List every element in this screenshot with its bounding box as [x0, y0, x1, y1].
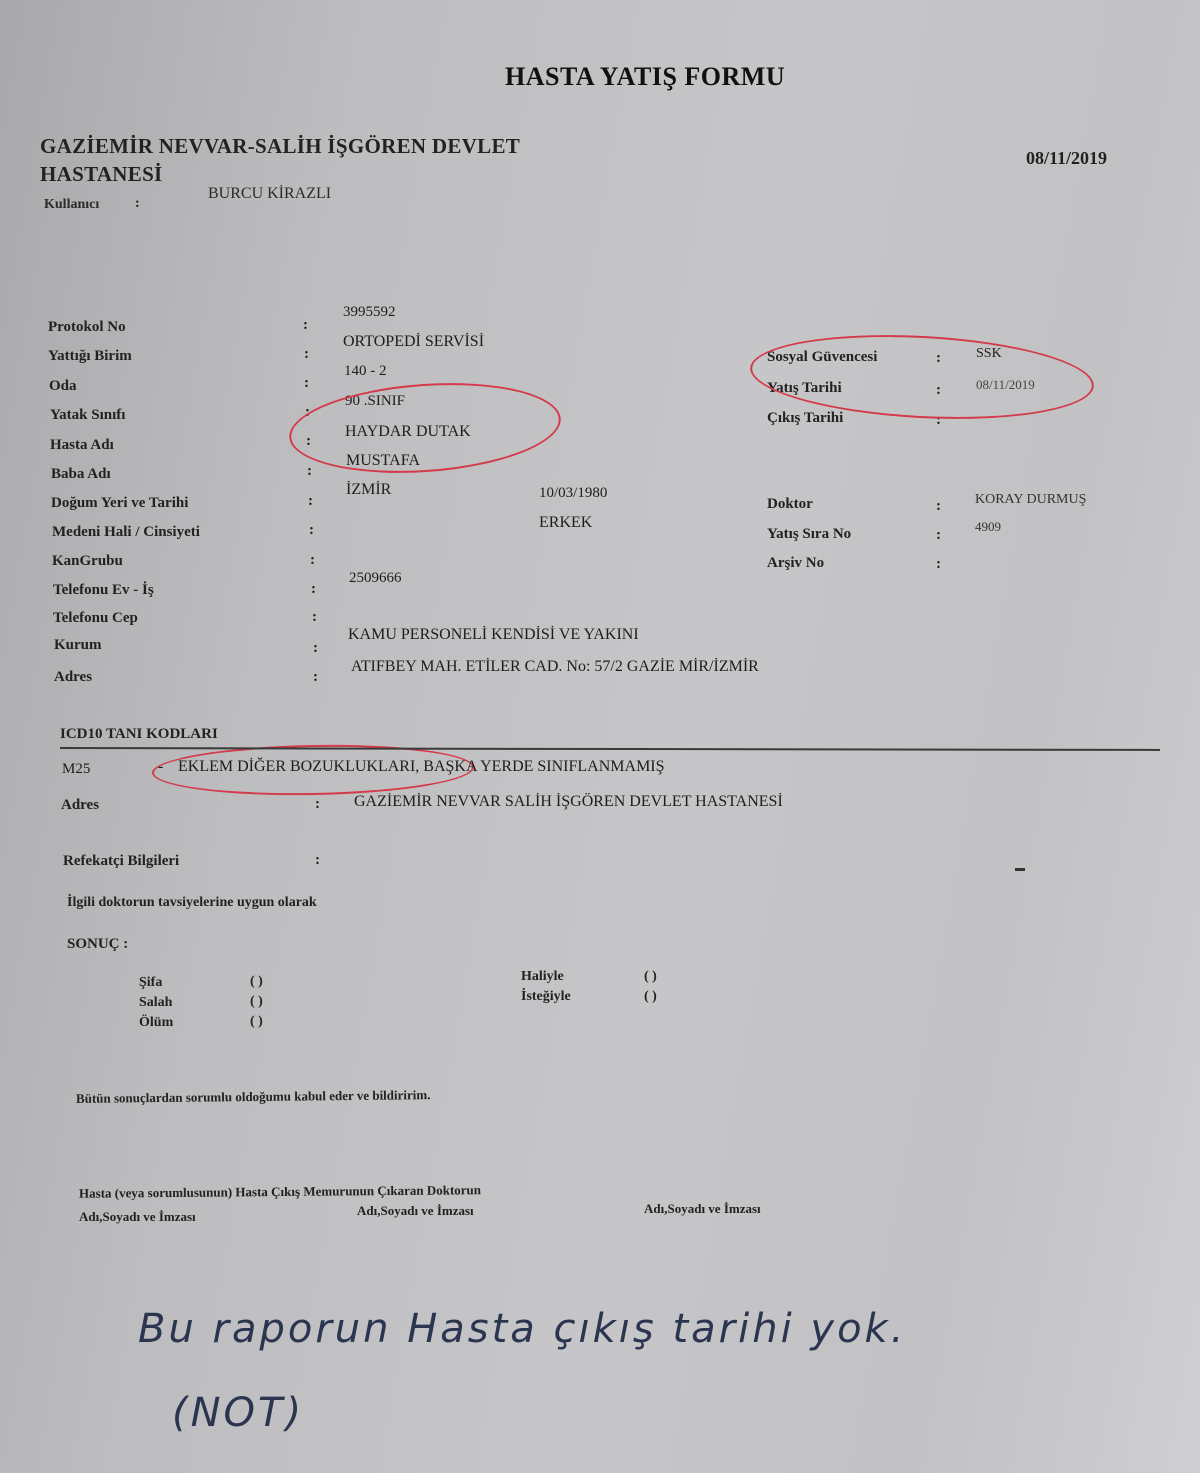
label-address: Adres [54, 669, 92, 686]
checkbox-by-request[interactable]: ( ) [644, 989, 657, 1005]
label-marital-gender: Medeni Hali / Cinsiyeti [52, 524, 200, 541]
value-phone-home-work: 2509666 [349, 570, 402, 587]
signature-header: Hasta (veya sorumlusunun) Hasta Çıkış Me… [79, 1182, 481, 1202]
label-institution: Kurum [54, 637, 102, 654]
advice-text: İlgili doktorun tavsiyelerine uygun olar… [67, 895, 317, 911]
colon: : [307, 463, 312, 480]
colon: : [936, 498, 941, 515]
colon: : [304, 375, 309, 392]
result-label: SONUÇ : [67, 936, 128, 953]
label-doctor: Doktor [767, 496, 813, 513]
label-unit: Yattığı Birim [48, 348, 132, 365]
user-label: Kullanıcı [44, 197, 99, 213]
value-address: ATIFBEY MAH. ETİLER CAD. No: 57/2 GAZİE … [351, 658, 759, 676]
colon: : [308, 493, 313, 510]
declaration-text: Bütün sonuçlardan sorumlu oldoğumu kabul… [76, 1087, 431, 1107]
colon: : [936, 556, 941, 573]
label-hospital-address: Adres [61, 797, 99, 814]
form-title: HASTA YATIŞ FORMU [505, 62, 785, 92]
value-birth-date: 10/03/1980 [539, 485, 607, 502]
result-option-improvement: Salah [139, 995, 172, 1011]
signature-clerk: Adı,Soyadı ve İmzası [357, 1203, 474, 1219]
checkbox-death[interactable]: ( ) [250, 1014, 263, 1030]
label-room: Oda [49, 378, 77, 395]
result-option-by-request: İsteğiyle [521, 989, 571, 1005]
value-admission-seq-no: 4909 [975, 519, 1001, 535]
colon: : [303, 317, 308, 334]
diagnosis-separator: - [158, 758, 163, 776]
value-room: 140 - 2 [344, 363, 387, 380]
result-option-recovery: Şifa [139, 975, 162, 991]
label-discharge-date: Çıkış Tarihi [767, 410, 843, 427]
handwritten-note-line1: Bu raporun Hasta çıkış tarihi yok. [138, 1306, 906, 1352]
annotation-ellipse-patient [286, 375, 563, 482]
user-colon: : [135, 196, 140, 212]
colon: : [936, 527, 941, 544]
colon: : [315, 796, 320, 813]
value-birth-place: İZMİR [346, 481, 391, 499]
signature-doctor: Adı,Soyadı ve İmzası [644, 1201, 761, 1217]
colon: : [309, 522, 314, 539]
label-phone-home-work: Telefonu Ev - İş [53, 582, 154, 599]
label-father-name: Baba Adı [51, 466, 111, 483]
user-value: BURCU KİRAZLI [208, 185, 331, 203]
colon: : [313, 640, 318, 657]
colon: : [313, 669, 318, 686]
hospital-name-line2: HASTANESİ [40, 160, 520, 188]
colon: : [304, 346, 309, 363]
label-phone-mobile: Telefonu Cep [53, 610, 138, 627]
label-companion-info: Refekatçi Bilgileri [63, 853, 179, 870]
checkbox-improvement[interactable]: ( ) [250, 994, 263, 1010]
stray-mark [1015, 868, 1025, 871]
result-option-death: Ölüm [139, 1015, 173, 1031]
label-protocol-no: Protokol No [48, 319, 126, 336]
diagnosis-section-title: ICD10 TANI KODLARI [60, 726, 218, 743]
label-admission-seq-no: Yatış Sıra No [767, 526, 851, 543]
signature-patient: Adı,Soyadı ve İmzası [79, 1209, 196, 1225]
colon: : [311, 581, 316, 598]
hospital-name-line1: GAZİEMİR NEVVAR-SALİH İŞGÖREN DEVLET [40, 132, 520, 160]
diagnosis-description: EKLEM DİĞER BOZUKLUKLARI, BAŞKA YERDE SI… [178, 758, 665, 776]
colon: : [312, 609, 317, 626]
value-gender: ERKEK [539, 514, 592, 532]
colon: : [315, 852, 320, 869]
print-date: 08/11/2019 [1026, 148, 1107, 169]
value-doctor: KORAY DURMUŞ [975, 492, 1086, 508]
result-option-as-is: Haliyle [521, 969, 564, 985]
colon: : [310, 552, 315, 569]
checkbox-as-is[interactable]: ( ) [644, 969, 657, 985]
handwritten-note-line2: (NOT) [172, 1390, 304, 1436]
label-birth-place-date: Doğum Yeri ve Tarihi [51, 495, 188, 512]
value-protocol-no: 3995592 [343, 304, 396, 321]
label-patient-name: Hasta Adı [50, 437, 114, 454]
hospital-name: GAZİEMİR NEVVAR-SALİH İŞGÖREN DEVLET HAS… [40, 132, 520, 188]
label-blood-group: KanGrubu [52, 553, 123, 570]
label-bed-class: Yatak Sınıfı [50, 407, 125, 424]
value-institution: KAMU PERSONELİ KENDİSİ VE YAKINI [348, 626, 639, 644]
checkbox-recovery[interactable]: ( ) [250, 974, 263, 990]
value-hospital-address: GAZİEMİR NEVVAR SALİH İŞGÖREN DEVLET HAS… [354, 793, 783, 811]
diagnosis-code: M25 [62, 761, 90, 778]
label-archive-no: Arşiv No [767, 555, 824, 572]
value-unit: ORTOPEDİ SERVİSİ [343, 333, 484, 351]
